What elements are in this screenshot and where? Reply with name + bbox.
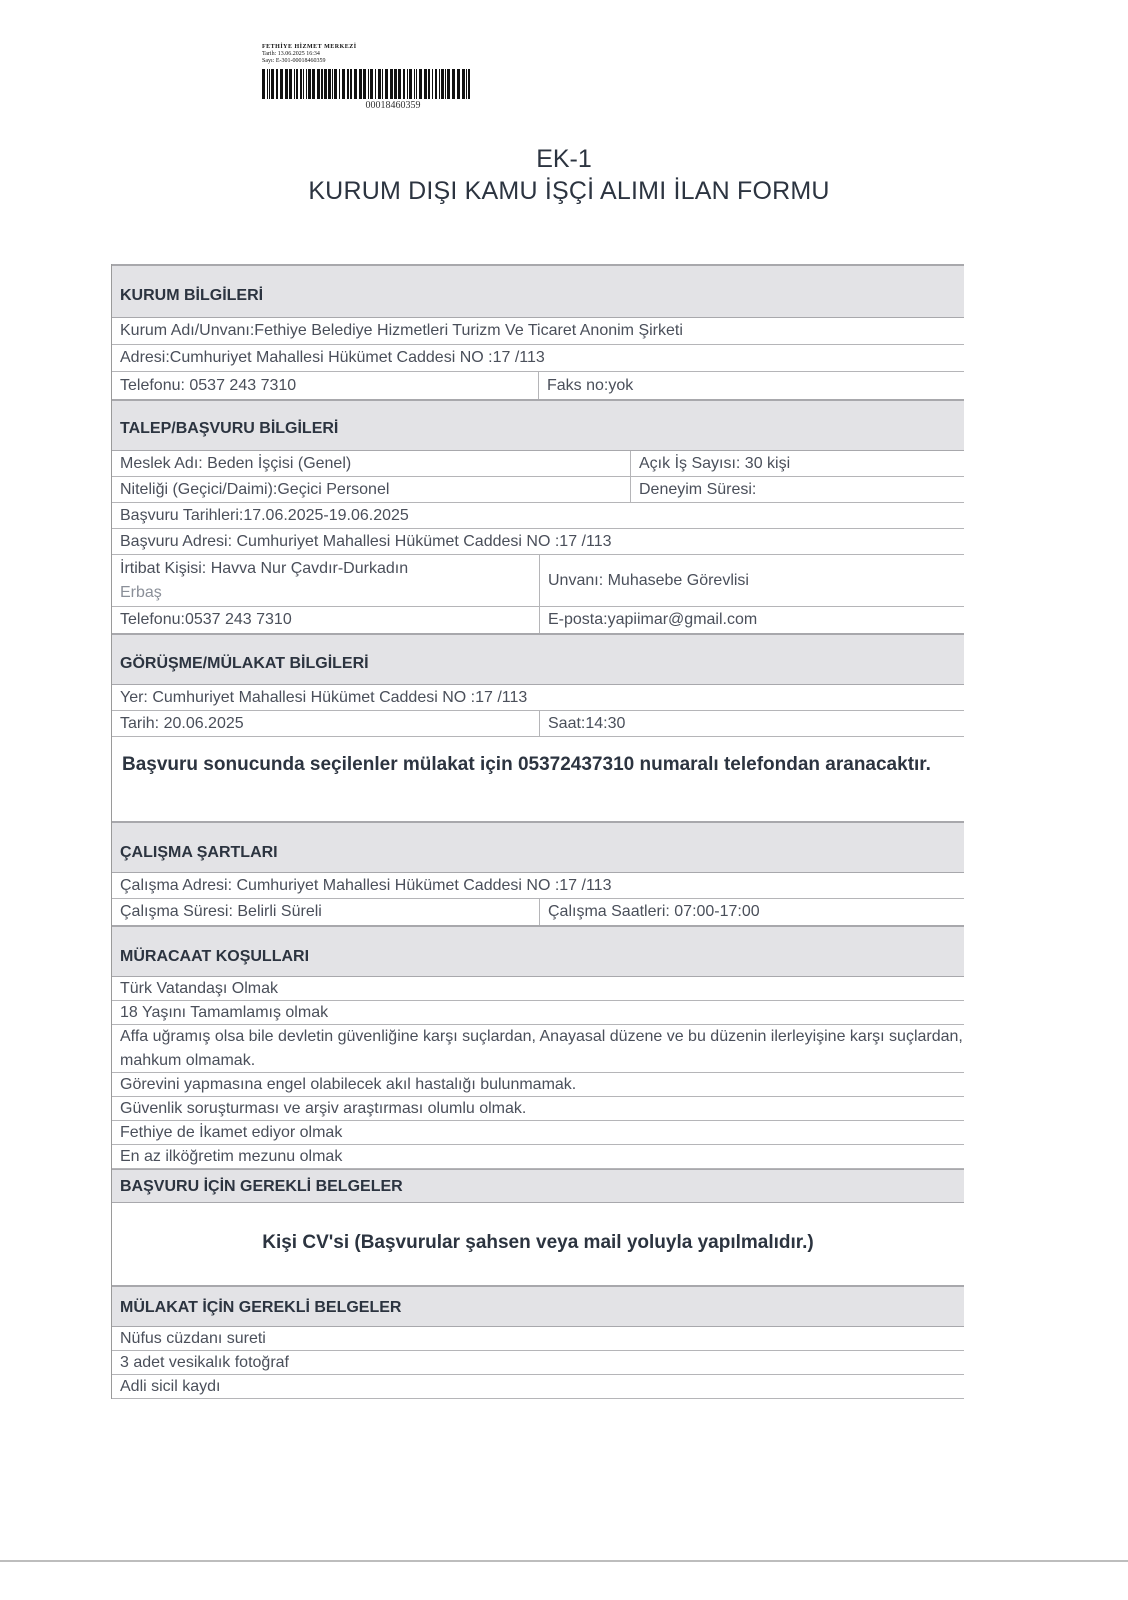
work-address: Çalışma Adresi: Cumhuriyet Mahallesi Hük… <box>112 873 964 898</box>
list-item: Güvenlik soruşturması ve arşiv araştırma… <box>112 1097 964 1121</box>
stamp-date: Tarih: 13.06.2025 16:34 <box>262 51 492 58</box>
employment-nature: Niteliği (Geçici/Daimi):Geçici Personel <box>112 477 630 502</box>
stamp-org: FETHİYE HİZMET MERKEZİ <box>262 44 492 51</box>
barcode-number: 00018460359 <box>262 100 484 111</box>
stamp-number: Sayı: E-301-00018460359 <box>262 58 492 65</box>
institution-phone: Telefonu: 0537 243 7310 <box>112 372 538 399</box>
interview-time: Saat:14:30 <box>539 711 964 736</box>
institution-name: Kurum Adı/Unvanı:Fethiye Belediye Hizmet… <box>112 318 964 344</box>
work-hours: Çalışma Saatleri: 07:00-17:00 <box>539 899 964 925</box>
open-positions: Açık İş Sayısı: 30 kişi <box>630 451 964 476</box>
document-item: 3 adet vesikalık fotoğraf <box>112 1351 964 1374</box>
experience-duration: Deneyim Süresi: <box>630 477 964 502</box>
list-item: Nüfus cüzdanı sureti <box>112 1327 964 1351</box>
contact-person-name: İrtibat Kişisi: Havva Nur Çavdır-Durkadı… <box>120 557 408 581</box>
contact-person-surname: Erbaş <box>120 581 162 605</box>
work-duration: Çalışma Süresi: Belirli Süreli <box>112 899 539 925</box>
form-title: KURUM DIŞI KAMU İŞÇİ ALIMI İLAN FORMU <box>10 174 1128 208</box>
list-item: Fethiye de İkamet ediyor olmak <box>112 1121 964 1145</box>
contact-phone: Telefonu:0537 243 7310 <box>112 607 539 633</box>
list-item: 18 Yaşını Tamamlamış olmak <box>112 1001 964 1025</box>
condition-item: Fethiye de İkamet ediyor olmak <box>112 1121 964 1144</box>
document-item: Adli sicil kaydı <box>112 1375 964 1398</box>
section-header-mulakat-belgeler: MÜLAKAT İÇİN GEREKLİ BELGELER <box>112 1285 964 1327</box>
contact-title: Unvanı: Muhasebe Görevlisi <box>539 555 964 606</box>
page-edge <box>0 1560 1128 1562</box>
interview-place: Yer: Cumhuriyet Mahallesi Hükümet Caddes… <box>112 685 964 710</box>
barcode-icon <box>262 69 484 99</box>
list-item: Affa uğramış olsa bile devletin güvenliğ… <box>112 1025 964 1073</box>
section-header-talep: TALEP/BAŞVURU BİLGİLERİ <box>112 399 964 451</box>
institution-fax: Faks no:yok <box>538 372 964 399</box>
condition-item: En az ilköğretim mezunu olmak <box>112 1145 964 1168</box>
section-header-gorusme: GÖRÜŞME/MÜLAKAT BİLGİLERİ <box>112 633 964 685</box>
section-header-basvuru-belgeler: BAŞVURU İÇİN GEREKLİ BELGELER <box>112 1169 964 1203</box>
condition-item: Görevini yapmasına engel olabilecek akıl… <box>112 1073 964 1096</box>
list-item: En az ilköğretim mezunu olmak <box>112 1145 964 1169</box>
document-stamp: FETHİYE HİZMET MERKEZİ Tarih: 13.06.2025… <box>262 44 492 111</box>
contact-person: İrtibat Kişisi: Havva Nur Çavdır-Durkadı… <box>112 555 539 606</box>
application-documents-note: Kişi CV'si (Başvurular şahsen veya mail … <box>112 1203 964 1285</box>
list-item: Türk Vatandaşı Olmak <box>112 977 964 1001</box>
list-item: Adli sicil kaydı <box>112 1375 964 1399</box>
contact-email[interactable]: E-posta:yapiimar@gmail.com <box>539 607 964 633</box>
interview-documents-list: Nüfus cüzdanı sureti3 adet vesikalık fot… <box>112 1327 964 1399</box>
list-item: 3 adet vesikalık fotoğraf <box>112 1351 964 1375</box>
section-header-kurum: KURUM BİLGİLERİ <box>112 264 964 318</box>
institution-address: Adresi:Cumhuriyet Mahallesi Hükümet Cadd… <box>112 345 964 371</box>
application-dates: Başvuru Tarihleri:17.06.2025-19.06.2025 <box>112 503 964 528</box>
document-title: EK-1 KURUM DIŞI KAMU İŞÇİ ALIMI İLAN FOR… <box>0 144 1128 208</box>
application-conditions-list: Türk Vatandaşı Olmak18 Yaşını Tamamlamış… <box>112 977 964 1169</box>
condition-item: Affa uğramış olsa bile devletin güvenliğ… <box>112 1025 964 1072</box>
list-item: Görevini yapmasına engel olabilecek akıl… <box>112 1073 964 1097</box>
interview-note: Başvuru sonucunda seçilenler mülakat içi… <box>112 737 964 821</box>
announcement-form: KURUM BİLGİLERİ Kurum Adı/Unvanı:Fethiye… <box>111 264 964 1399</box>
annex-label: EK-1 <box>0 144 1128 174</box>
section-header-muracaat: MÜRACAAT KOŞULLARI <box>112 925 964 977</box>
condition-item: Türk Vatandaşı Olmak <box>112 977 964 1000</box>
application-address: Başvuru Adresi: Cumhuriyet Mahallesi Hük… <box>112 529 964 554</box>
occupation: Meslek Adı: Beden İşçisi (Genel) <box>112 451 630 476</box>
interview-date: Tarih: 20.06.2025 <box>112 711 539 736</box>
condition-item: Güvenlik soruşturması ve arşiv araştırma… <box>112 1097 964 1120</box>
condition-item: 18 Yaşını Tamamlamış olmak <box>112 1001 964 1024</box>
document-item: Nüfus cüzdanı sureti <box>112 1327 964 1350</box>
section-header-calisma: ÇALIŞMA ŞARTLARI <box>112 821 964 873</box>
